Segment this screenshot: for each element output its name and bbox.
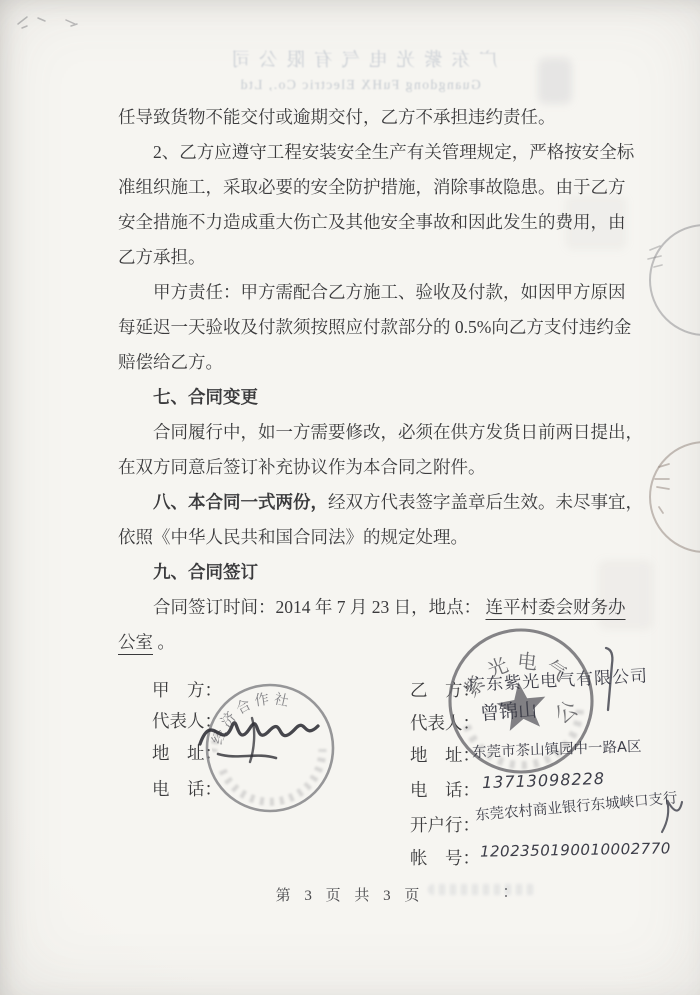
party-b-tel-label: 电 话： (410, 777, 480, 802)
signing-tail: 。 (153, 632, 175, 652)
party-b-tel-handwritten: 13713098228 (482, 769, 606, 792)
paragraph-safety: 2、乙方应遵守工程安装安全生产有关管理规定，严格按安全标 准组织施工，采取必要的… (118, 135, 693, 275)
party-b-addr-label: 地 址： (410, 742, 480, 767)
party-b-rep-handwritten: 曾锦山 (479, 695, 538, 726)
section-8-lead: 八、本合同一式两份， (153, 492, 328, 512)
party-b-company-handwritten: 广东紫光电气有限公司 (467, 661, 648, 695)
paragraph-carryover: 任导致货物不能交付或逾期交付，乙方不承担违约责任。 (118, 100, 693, 135)
bleedthrough-letterhead: 广东紫光电气有限公司 Guangdong FuHX Electric Co., … (150, 46, 570, 93)
party-b-bank-label: 开户行： (410, 812, 480, 837)
party-a-label: 甲 方： (152, 677, 222, 702)
paragraph-section-7: 合同履行中，如一方需要修改，必须在供方发货日前两日提出， 在双方同意后签订补充协… (118, 415, 693, 485)
bleedthrough-company-en: Guangdong FuHX Electric Co., Ltd (150, 77, 570, 93)
party-b-bank-handwritten: 东莞农村商业银行东城峡口支行 (474, 786, 678, 825)
party-a-rep-label: 代表人： (152, 708, 222, 733)
scanned-contract-page: 广东紫光电气有限公司 Guangdong FuHX Electric Co., … (0, 0, 700, 995)
contract-body: 任导致货物不能交付或逾期交付，乙方不承担违约责任。 2、乙方应遵守工程安装安全生… (118, 100, 693, 660)
bleedthrough-company-cn: 广东紫光电气有限公司 (150, 46, 570, 72)
page-number: 第 3 页 共 3 页 (0, 884, 700, 905)
party-b-rep-label: 代表人： (410, 710, 480, 735)
party-a-tel-label: 电 话： (152, 776, 222, 801)
party-b-addr-handwritten: 东莞市茶山镇园中一路A区 (472, 735, 642, 762)
party-b-account-label: 帐 号： (410, 845, 480, 870)
stray-ink-dot (505, 888, 507, 890)
paragraph-signing: 合同签订时间：2014 年 7 月 23 日，地点： 连平村委会财务办 公室 。 (118, 590, 693, 660)
pen-marks-top-left (8, 4, 88, 34)
signing-time-lead: 合同签订时间：2014 年 7 月 23 日，地点： (153, 597, 486, 617)
party-b-account-handwritten: 1202350190010002770 (480, 839, 671, 860)
paragraph-party-a-duty: 甲方责任：甲方需配合乙方施工、验收及付款，如因甲方原因 每延迟一天验收及付款须按… (118, 275, 693, 380)
heading-section-9: 九、合同签订 (118, 555, 693, 590)
heading-section-7: 七、合同变更 (118, 380, 693, 415)
bleed-through-artifact (538, 58, 572, 104)
party-b-stamp-side-char: 公 (550, 695, 583, 728)
paragraph-section-8: 八、本合同一式两份，经双方代表签字盖章后生效。未尽事宜， 依照《中华人民共和国合… (118, 485, 693, 555)
party-a-addr-label: 地 址： (152, 740, 222, 765)
